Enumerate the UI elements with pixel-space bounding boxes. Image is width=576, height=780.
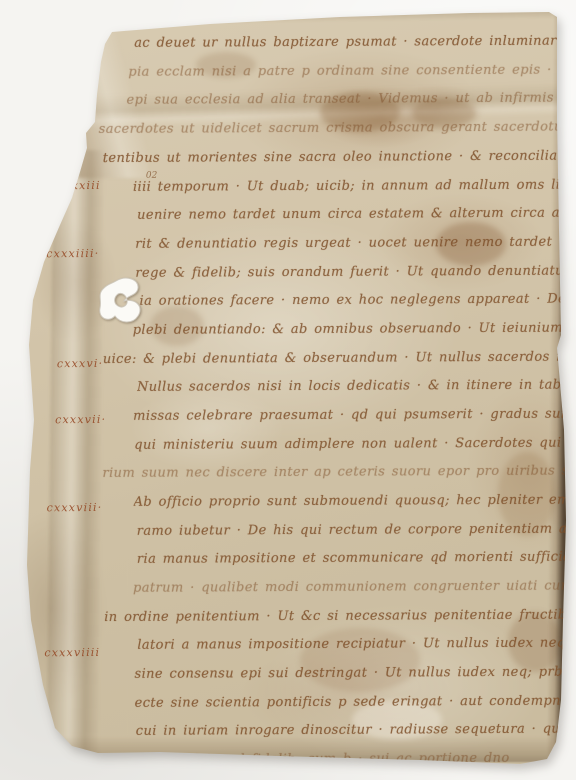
manuscript-line: plebi denuntiando: & ab omnibus obseruan… [133,320,576,344]
margin-chapter-number: cxxxiiii· [46,247,99,260]
manuscript-photo: cxxxiiicxxxiiii·cxxxvi·cxxxvii·cxxxviii·… [0,0,576,780]
tape-fragment [94,276,148,336]
manuscript-line: missas celebrare praesumat · qd qui psum… [133,406,576,430]
manuscript-line: uenire nemo tardet unum circa estatem & … [137,205,576,229]
manuscript-line: rege & fidelib; suis orandum fuerit · Ut… [135,263,576,287]
manuscript-line: ramo iubetur · De his qui rectum de corp… [137,521,576,545]
manuscript-text-block: cxxxiiicxxxiiii·cxxxvi·cxxxvii·cxxxviii·… [0,0,576,780]
manuscript-line: pia ecclam nisi a patre p ordinam sine c… [128,62,576,86]
margin-chapter-numbers: cxxxiiicxxxiiii·cxxxvi·cxxxvii·cxxxviii·… [0,0,574,2]
manuscript-line: et · II · fui · ad fidelib; cum b · sui … [132,751,510,775]
manuscript-line: epi sua ecclesia ad alia transeat · Vide… [126,90,576,114]
manuscript-line: ia orationes facere · nemo ex hoc negleg… [139,291,576,315]
manuscript-line: latori a manus impositione recipiatur · … [137,635,576,659]
manuscript-line: sacerdotes ut uidelicet sacrum crisma ob… [99,120,569,144]
manuscript-line: sine consensu epi sui destringat · Ut nu… [134,664,576,688]
manuscript-line: ria manus impositione et scommunicare qd… [137,549,576,573]
manuscript-line: tentibus ut morientes sine sacra oleo in… [103,149,573,173]
manuscript-line: Nullus sacerdos nisi in locis dedicatis … [137,377,576,401]
margin-chapter-number: cxxxviii· [47,501,103,514]
manuscript-line: patrum · qualibet modi communionem congr… [133,578,576,602]
manuscript-line: iiii temporum · Ut duab; uicib; in annum… [133,177,576,201]
manuscript-line: ac deuet ur nullus baptizare psumat · sa… [134,33,576,57]
margin-chapter-number: cxxxvi· [57,357,103,370]
manuscript-line: in ordine penitentium · Ut &c si necessa… [104,608,574,632]
manuscript-line: rit & denuntiatio regis urgeat · uocet u… [135,234,576,258]
manuscript-line: qui ministeriu suum adimplere non ualent… [134,435,576,459]
manuscript-line: Ab officio proprio sunt submouendi quous… [134,492,576,516]
manuscript-line: cui in iuriam inrogare dinoscitur · radi… [136,721,576,745]
manuscript-line: rium suum nec discere inter ap ceteris s… [102,464,572,488]
manuscript-line: uice: & plebi denuntiata & obseruandum ·… [103,350,573,374]
interlinear-mark: 02 [146,171,158,181]
margin-chapter-number: cxxxvii· [55,413,106,426]
parchment-leaf: cxxxiiicxxxiiii·cxxxvi·cxxxvii·cxxxviii·… [0,0,576,780]
margin-chapter-number: cxxxiii [57,179,101,192]
margin-chapter-number: cxxxviiii [44,646,100,659]
parchment-shadow: cxxxiiicxxxiiii·cxxxvi·cxxxvii·cxxxviii·… [0,0,576,780]
text-lines: ac deuet ur nullus baptizare psumat · sa… [0,0,574,2]
manuscript-line: ecte sine scientia pontificis p sede eri… [135,693,576,717]
